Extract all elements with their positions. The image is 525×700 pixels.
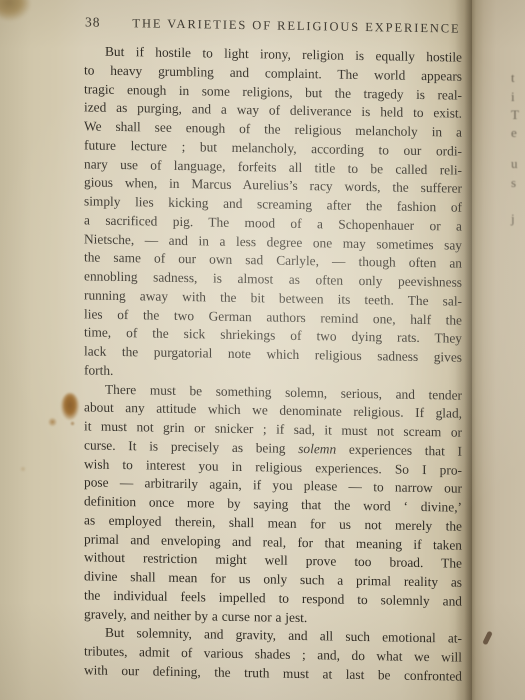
running-head: THE VARIETIES OF RELIGIOUS EXPERIENCE (131, 16, 462, 36)
text-block: But if hostile to light irony, religion … (84, 42, 462, 686)
page-number: 38 (85, 14, 131, 31)
fragment-letter: t (511, 70, 515, 86)
fragment-letter: j (511, 211, 515, 227)
page-header: 38 THE VARIETIES OF RELIGIOUS EXPERIENCE (85, 14, 462, 36)
fragment-letter: s (511, 175, 516, 191)
fragment-letter: e (511, 125, 517, 141)
book-page: 38 THE VARIETIES OF RELIGIOUS EXPERIENCE… (0, 0, 472, 700)
fragment-letter: u (511, 156, 518, 172)
facing-page-edge: tiTeusj (472, 0, 525, 700)
fragment-letter: T (511, 107, 519, 123)
page-content: 38 THE VARIETIES OF RELIGIOUS EXPERIENCE… (0, 0, 472, 700)
fragment-letter: i (511, 89, 515, 105)
facing-page-fragments: tiTeusj (472, 0, 525, 700)
book-photo: 38 THE VARIETIES OF RELIGIOUS EXPERIENCE… (0, 0, 525, 700)
